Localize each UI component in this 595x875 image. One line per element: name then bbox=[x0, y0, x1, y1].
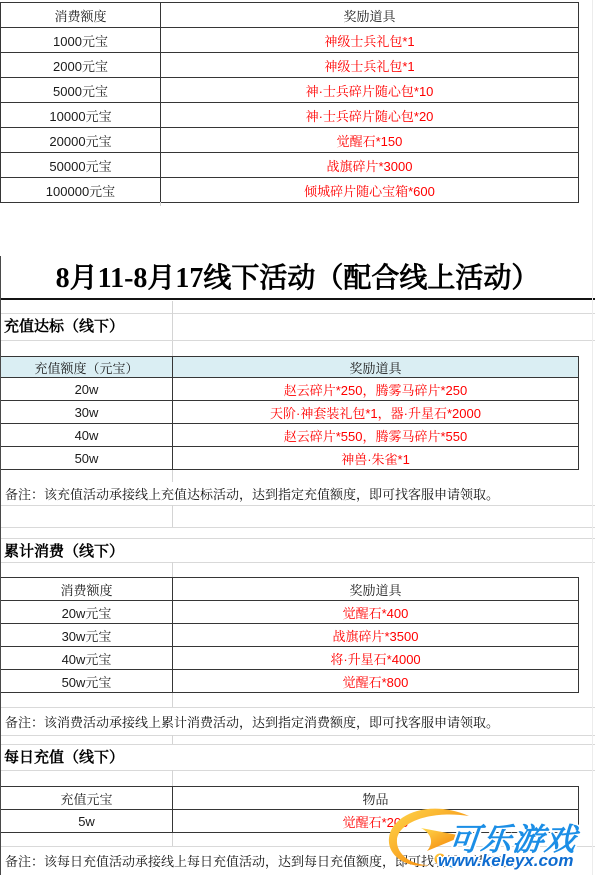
amount-cell: 5000元宝 bbox=[1, 78, 161, 103]
keleyx-watermark: 可乐游戏 www.keleyx.com bbox=[383, 806, 595, 875]
table-header-row: 消费额度 奖励道具 bbox=[1, 578, 579, 601]
reward-cell: 倾城碎片随心宝箱*600 bbox=[161, 178, 579, 203]
amount-cell: 1000元宝 bbox=[1, 28, 161, 53]
column-header-amount: 消费额度 bbox=[1, 3, 161, 28]
recharge-target-table: 充值额度（元宝） 奖励道具 20w 赵云碎片*250，腾雾马碎片*250 30w… bbox=[0, 356, 579, 470]
amount-cell: 20w元宝 bbox=[1, 601, 173, 624]
table-row: 1000元宝 神级士兵礼包*1 bbox=[1, 28, 579, 53]
table-header-row: 充值额度（元宝） 奖励道具 bbox=[1, 357, 579, 378]
amount-cell: 5w bbox=[1, 810, 173, 833]
table-row: 10000元宝 神·士兵碎片随心包*20 bbox=[1, 103, 579, 128]
amount-cell: 50000元宝 bbox=[1, 153, 161, 178]
gridline bbox=[172, 470, 173, 482]
amount-cell: 10000元宝 bbox=[1, 103, 161, 128]
table-row: 50w 神兽·朱雀*1 bbox=[1, 447, 579, 470]
gridline bbox=[172, 735, 173, 744]
table-row: 30w元宝 战旗碎片*3500 bbox=[1, 624, 579, 647]
reward-cell: 觉醒石*150 bbox=[161, 128, 579, 153]
reward-cell: 将·升星石*4000 bbox=[173, 647, 579, 670]
table-row: 100000元宝 倾城碎片随心宝箱*600 bbox=[1, 178, 579, 203]
amount-cell: 30w bbox=[1, 401, 173, 424]
section-heading-daily-recharge: 每日充值（线下） bbox=[0, 745, 595, 770]
column-header-reward: 奖励道具 bbox=[161, 3, 579, 28]
gridline bbox=[172, 693, 173, 707]
page-title: 8月11-8月17线下活动（配合线上活动） bbox=[0, 257, 595, 300]
reward-cell: 觉醒石*400 bbox=[173, 601, 579, 624]
table-row: 30w 天阶·神套装礼包*1，器·升星石*2000 bbox=[1, 401, 579, 424]
gridline bbox=[592, 0, 593, 875]
reward-cell: 神·士兵碎片随心包*10 bbox=[161, 78, 579, 103]
gridline bbox=[0, 527, 595, 528]
section-heading-recharge-target: 充值达标（线下） bbox=[0, 314, 595, 339]
gridline bbox=[172, 833, 173, 846]
table-row: 20000元宝 觉醒石*150 bbox=[1, 128, 579, 153]
section-heading-cumulative-consumption: 累计消费（线下） bbox=[0, 539, 595, 564]
gridline bbox=[172, 505, 173, 527]
table-row: 50000元宝 战旗碎片*3000 bbox=[1, 153, 579, 178]
spreadsheet-document: 消费额度 奖励道具 1000元宝 神级士兵礼包*1 2000元宝 神级士兵礼包*… bbox=[0, 0, 595, 875]
reward-cell: 赵云碎片*250，腾雾马碎片*250 bbox=[173, 378, 579, 401]
table-row: 40w 赵云碎片*550，腾雾马碎片*550 bbox=[1, 424, 579, 447]
cumulative-consumption-table: 消费额度 奖励道具 20w元宝 觉醒石*400 30w元宝 战旗碎片*3500 … bbox=[0, 577, 579, 693]
sheet-left-border bbox=[0, 256, 1, 875]
gridline bbox=[0, 770, 595, 771]
amount-cell: 50w元宝 bbox=[1, 670, 173, 693]
amount-cell: 100000元宝 bbox=[1, 178, 161, 203]
column-header-reward: 奖励道具 bbox=[173, 578, 579, 601]
table-row: 2000元宝 神级士兵礼包*1 bbox=[1, 53, 579, 78]
reward-cell: 神兽·朱雀*1 bbox=[173, 447, 579, 470]
amount-cell: 50w bbox=[1, 447, 173, 470]
column-header-amount: 消费额度 bbox=[1, 578, 173, 601]
reward-cell: 赵云碎片*550，腾雾马碎片*550 bbox=[173, 424, 579, 447]
gridline bbox=[172, 770, 173, 786]
reward-cell: 天阶·神套装礼包*1，器·升星石*2000 bbox=[173, 401, 579, 424]
gridline bbox=[172, 562, 173, 577]
column-header-reward: 奖励道具 bbox=[173, 357, 579, 378]
gridline bbox=[160, 202, 161, 206]
note-cumulative-consumption: 备注：该消费活动承接线上累计消费活动，达到指定消费额度，即可找客服申请领取。 bbox=[0, 707, 595, 735]
amount-cell: 40w元宝 bbox=[1, 647, 173, 670]
note-recharge-target: 备注：该充值活动承接线上充值达标活动，达到指定充值额度，即可找客服申请领取。 bbox=[0, 482, 595, 505]
gridline bbox=[0, 562, 595, 563]
gridline bbox=[0, 735, 595, 736]
table-row: 20w 赵云碎片*250，腾雾马碎片*250 bbox=[1, 378, 579, 401]
table-header-row: 消费额度 奖励道具 bbox=[1, 3, 579, 28]
watermark-url: www.keleyx.com bbox=[438, 851, 573, 871]
gridline bbox=[0, 340, 595, 341]
reward-cell: 神级士兵礼包*1 bbox=[161, 28, 579, 53]
amount-cell: 20w bbox=[1, 378, 173, 401]
column-header-amount: 充值额度（元宝） bbox=[1, 357, 173, 378]
amount-cell: 40w bbox=[1, 424, 173, 447]
reward-cell: 战旗碎片*3000 bbox=[161, 153, 579, 178]
consumption-reward-table: 消费额度 奖励道具 1000元宝 神级士兵礼包*1 2000元宝 神级士兵礼包*… bbox=[0, 2, 579, 203]
reward-cell: 觉醒石*800 bbox=[173, 670, 579, 693]
table-row: 20w元宝 觉醒石*400 bbox=[1, 601, 579, 624]
amount-cell: 20000元宝 bbox=[1, 128, 161, 153]
table-row: 40w元宝 将·升星石*4000 bbox=[1, 647, 579, 670]
table-row: 5000元宝 神·士兵碎片随心包*10 bbox=[1, 78, 579, 103]
amount-cell: 30w元宝 bbox=[1, 624, 173, 647]
reward-cell: 神·士兵碎片随心包*20 bbox=[161, 103, 579, 128]
reward-cell: 战旗碎片*3500 bbox=[173, 624, 579, 647]
table-row: 50w元宝 觉醒石*800 bbox=[1, 670, 579, 693]
reward-cell: 神级士兵礼包*1 bbox=[161, 53, 579, 78]
column-header-amount: 充值元宝 bbox=[1, 787, 173, 810]
amount-cell: 2000元宝 bbox=[1, 53, 161, 78]
gridline bbox=[0, 505, 595, 506]
